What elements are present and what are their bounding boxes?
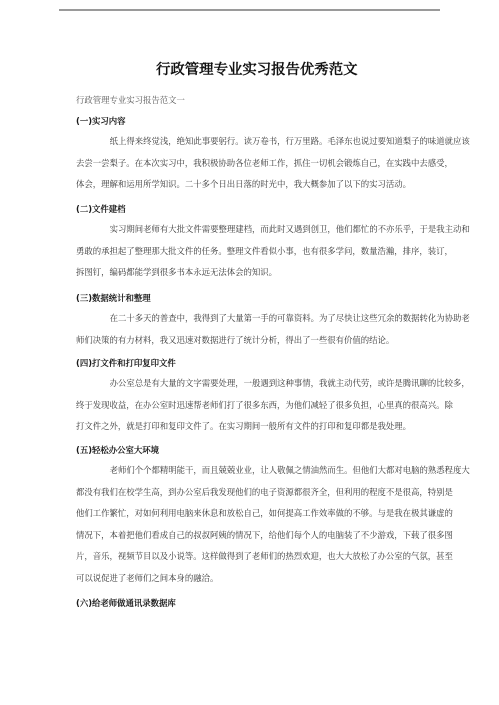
section-paragraph-1: 纸上得来终觉浅，绝知此事要躬行。读万卷书，行万里路。毛泽东也说过要知道梨子的味道… [76, 131, 438, 196]
section-heading-5: (五)轻松办公室大环境 [76, 444, 159, 456]
paragraph-line: 都没有我们在校学生高，到办公室后我发现他们的电子资源都很齐全，但利用的程度不是很… [59, 482, 438, 504]
paragraph-line: 终于发现收益，在办公室时迅速帮老师们打了很多东西，为他们减轻了很多负担，心里真的… [59, 395, 438, 417]
paragraph-line: 可以说促进了老师们之间本身的融洽。 [59, 568, 438, 590]
section-paragraph-5: 老师们个个都精明能干，而且兢兢业业，让人敬佩之情油然而生。但他们大都对电脑的熟悉… [76, 460, 438, 589]
paragraph-line: 打文件之外，就是打印和复印文件了。在实习期间一般所有文件的打印和复印都是我处理。 [59, 416, 438, 438]
paragraph-line: 办公室总是有大量的文字需要处理，一般遇到这种事情，我就主动代劳，或许是腾讯聊的比… [76, 373, 438, 395]
paragraph-line: 他们工作繁忙，对如何利用电脑来休息和放松自己，如何提高工作效率做的不够。与是我在… [59, 503, 438, 525]
document-title: 行政管理专业实习报告优秀范文 [156, 60, 344, 80]
paragraph-line: 体会，理解和运用所学知识。二十多个日出日落的时光中，我大概参加了以下的实习活动。 [59, 174, 438, 196]
section-paragraph-3: 在二十多天的普查中，我得到了大量第一手的可靠资料。为了尽快让这些冗余的数据转化为… [76, 308, 438, 351]
header-rule [59, 9, 440, 11]
paragraph-line: 在二十多天的普查中，我得到了大量第一手的可靠资料。为了尽快让这些冗余的数据转化为… [76, 308, 438, 330]
section-heading-4: (四)打文件和打印复印文件 [76, 357, 176, 369]
section-heading-1: (一)实习内容 [76, 115, 126, 127]
paragraph-line: 实习期间老师有大批文件需要整理建档，而此时又遇到创卫，他们都忙的不亦乐乎，于是我… [76, 219, 438, 241]
paragraph-line: 勇敢的承担起了整理那大批文件的任务。整理文件看似小事，也有很多学问，数量浩瀚，排… [59, 241, 438, 263]
paragraph-line: 片，音乐，视频节目以及小说等。这样做得到了老师们的热烈欢迎，也大大放松了办公室的… [59, 546, 438, 568]
paragraph-line: 老师们个个都精明能干，而且兢兢业业，让人敬佩之情油然而生。但他们大都对电脑的熟悉… [76, 460, 438, 482]
document-subtitle: 行政管理专业实习报告范文一 [76, 94, 185, 106]
paragraph-line: 拆图钉，编码都能学到很多书本永远无法体会的知识。 [59, 262, 438, 284]
section-heading-2: (二)文件建档 [76, 203, 126, 215]
paragraph-line: 师们决策的有力材料，我又迅速对数据进行了统计分析，得出了一些很有价值的结论。 [59, 330, 438, 352]
paragraph-line: 情况下，本着把他们看成自己的叔叔阿姨的情况下，给他们每个人的电脑装了不少游戏，下… [59, 525, 438, 547]
section-paragraph-4: 办公室总是有大量的文字需要处理，一般遇到这种事情，我就主动代劳，或许是腾讯聊的比… [76, 373, 438, 438]
paragraph-line: 去尝一尝梨子。在本次实习中，我积极协助各位老师工作，抓住一切机会锻炼自己，在实践… [59, 153, 438, 175]
section-heading-3: (三)数据统计和整理 [76, 292, 151, 304]
section-heading-6: (六)给老师做通讯录数据库 [76, 597, 176, 609]
paragraph-line: 纸上得来终觉浅，绝知此事要躬行。读万卷书，行万里路。毛泽东也说过要知道梨子的味道… [76, 131, 438, 153]
section-paragraph-2: 实习期间老师有大批文件需要整理建档，而此时又遇到创卫，他们都忙的不亦乐乎，于是我… [76, 219, 438, 284]
